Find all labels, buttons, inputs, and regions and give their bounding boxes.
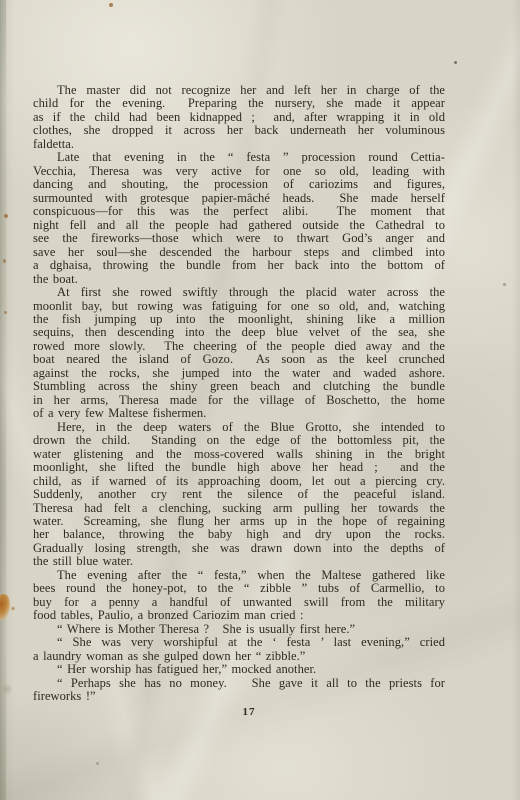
text-line: Suddenly, another cry rent the silence o… <box>33 488 445 501</box>
page-edge-shadow-right <box>512 0 520 800</box>
text-line: The evening after the “ festa,” when the… <box>33 569 445 582</box>
text-line: against the rocks, she jumped into the w… <box>33 367 445 380</box>
text-line: The master did not recognize her and lef… <box>33 84 445 97</box>
paper-speck <box>454 61 457 64</box>
text-line: a dghaisa, throwing the bundle from her … <box>33 259 445 272</box>
text-line: save her soul—she descended the harbour … <box>33 246 445 259</box>
text-line: as if the child had been kidnapped ; and… <box>33 111 445 124</box>
paper-speck <box>3 259 6 263</box>
text-line: moonlight, she lifted the bundle high ab… <box>33 461 445 474</box>
smudge-mark <box>2 682 12 696</box>
text-line: moonlit bay, but rowing was fatiguing fo… <box>33 300 445 313</box>
rust-stain-dot <box>11 606 15 611</box>
text-line: conspicuous—for this was the perfect ali… <box>33 205 445 218</box>
book-page: The master did not recognize her and lef… <box>0 0 520 800</box>
text-line: dancing and shouting, the procession of … <box>33 178 445 191</box>
text-line: Here, in the deep waters of the Blue Gro… <box>33 421 445 434</box>
text-line: the boat. <box>33 273 445 286</box>
text-line: child, as if warned of its approaching d… <box>33 475 445 488</box>
text-line: fireworks !” <box>33 690 445 703</box>
page-text: The master did not recognize her and lef… <box>33 84 445 704</box>
text-line: rowed more slowly. The cheering of the p… <box>33 340 445 353</box>
text-line: water glistening and the moss-covered wa… <box>33 448 445 461</box>
text-line: At first she rowed swiftly through the p… <box>33 286 445 299</box>
text-line: her balance, throwing the baby high and … <box>33 528 445 541</box>
text-line: clothes, she dropped it across her back … <box>33 124 445 137</box>
text-line: Gradually losing strength, she was drawn… <box>33 542 445 555</box>
paper-speck <box>503 283 506 286</box>
text-line: “ Where is Mother Theresa ? She is usual… <box>33 623 445 636</box>
text-line: child for the evening. Preparing the nur… <box>33 97 445 110</box>
text-line: water. Screaming, she flung her arms up … <box>33 515 445 528</box>
paper-speck <box>96 762 99 765</box>
paper-speck <box>109 3 113 7</box>
text-line: night fell and all the people had gather… <box>33 219 445 232</box>
text-line: Stumbling across the shiny green beach a… <box>33 380 445 393</box>
text-line: drown the child. Standing on the edge of… <box>33 434 445 447</box>
text-line: boat neared the island of Gozo. As soon … <box>33 353 445 366</box>
text-line: Vecchia, Theresa was very active for one… <box>33 165 445 178</box>
text-line: the still blue water. <box>33 555 445 568</box>
text-line: in her arms, Theresa made for the villag… <box>33 394 445 407</box>
text-line: food tables, Paulio, a bronzed Cariozim … <box>33 609 445 622</box>
text-line: a laundry woman as she gulped down her “… <box>33 650 445 663</box>
text-line: the fish jumping up into the moonlight, … <box>33 313 445 326</box>
text-line: faldetta. <box>33 138 445 151</box>
text-line: “ She was very worshipful at the ‘ festa… <box>33 636 445 649</box>
page-number: 17 <box>43 706 455 718</box>
text-line: “ Perhaps she has no money. She gave it … <box>33 677 445 690</box>
text-line: sequins, then descending into the deep b… <box>33 326 445 339</box>
text-line: of a very few Maltese fishermen. <box>33 407 445 420</box>
text-line: surmounted with grotesque papier-mâché h… <box>33 192 445 205</box>
text-line: bees round the honey-pot, to the “ zibbl… <box>33 582 445 595</box>
text-line: Theresa had felt a clenching, sucking ar… <box>33 502 445 515</box>
text-line: “ Her worship has fatigued her,” mocked … <box>33 663 445 676</box>
text-line: buy for a penny a handful of unwanted sw… <box>33 596 445 609</box>
paper-speck <box>4 311 7 314</box>
page-edge-tint-left <box>0 0 6 800</box>
paper-speck <box>4 214 8 218</box>
text-line: see the fireworks—those which were to th… <box>33 232 445 245</box>
text-line: Late that evening in the “ festa ” proce… <box>33 151 445 164</box>
